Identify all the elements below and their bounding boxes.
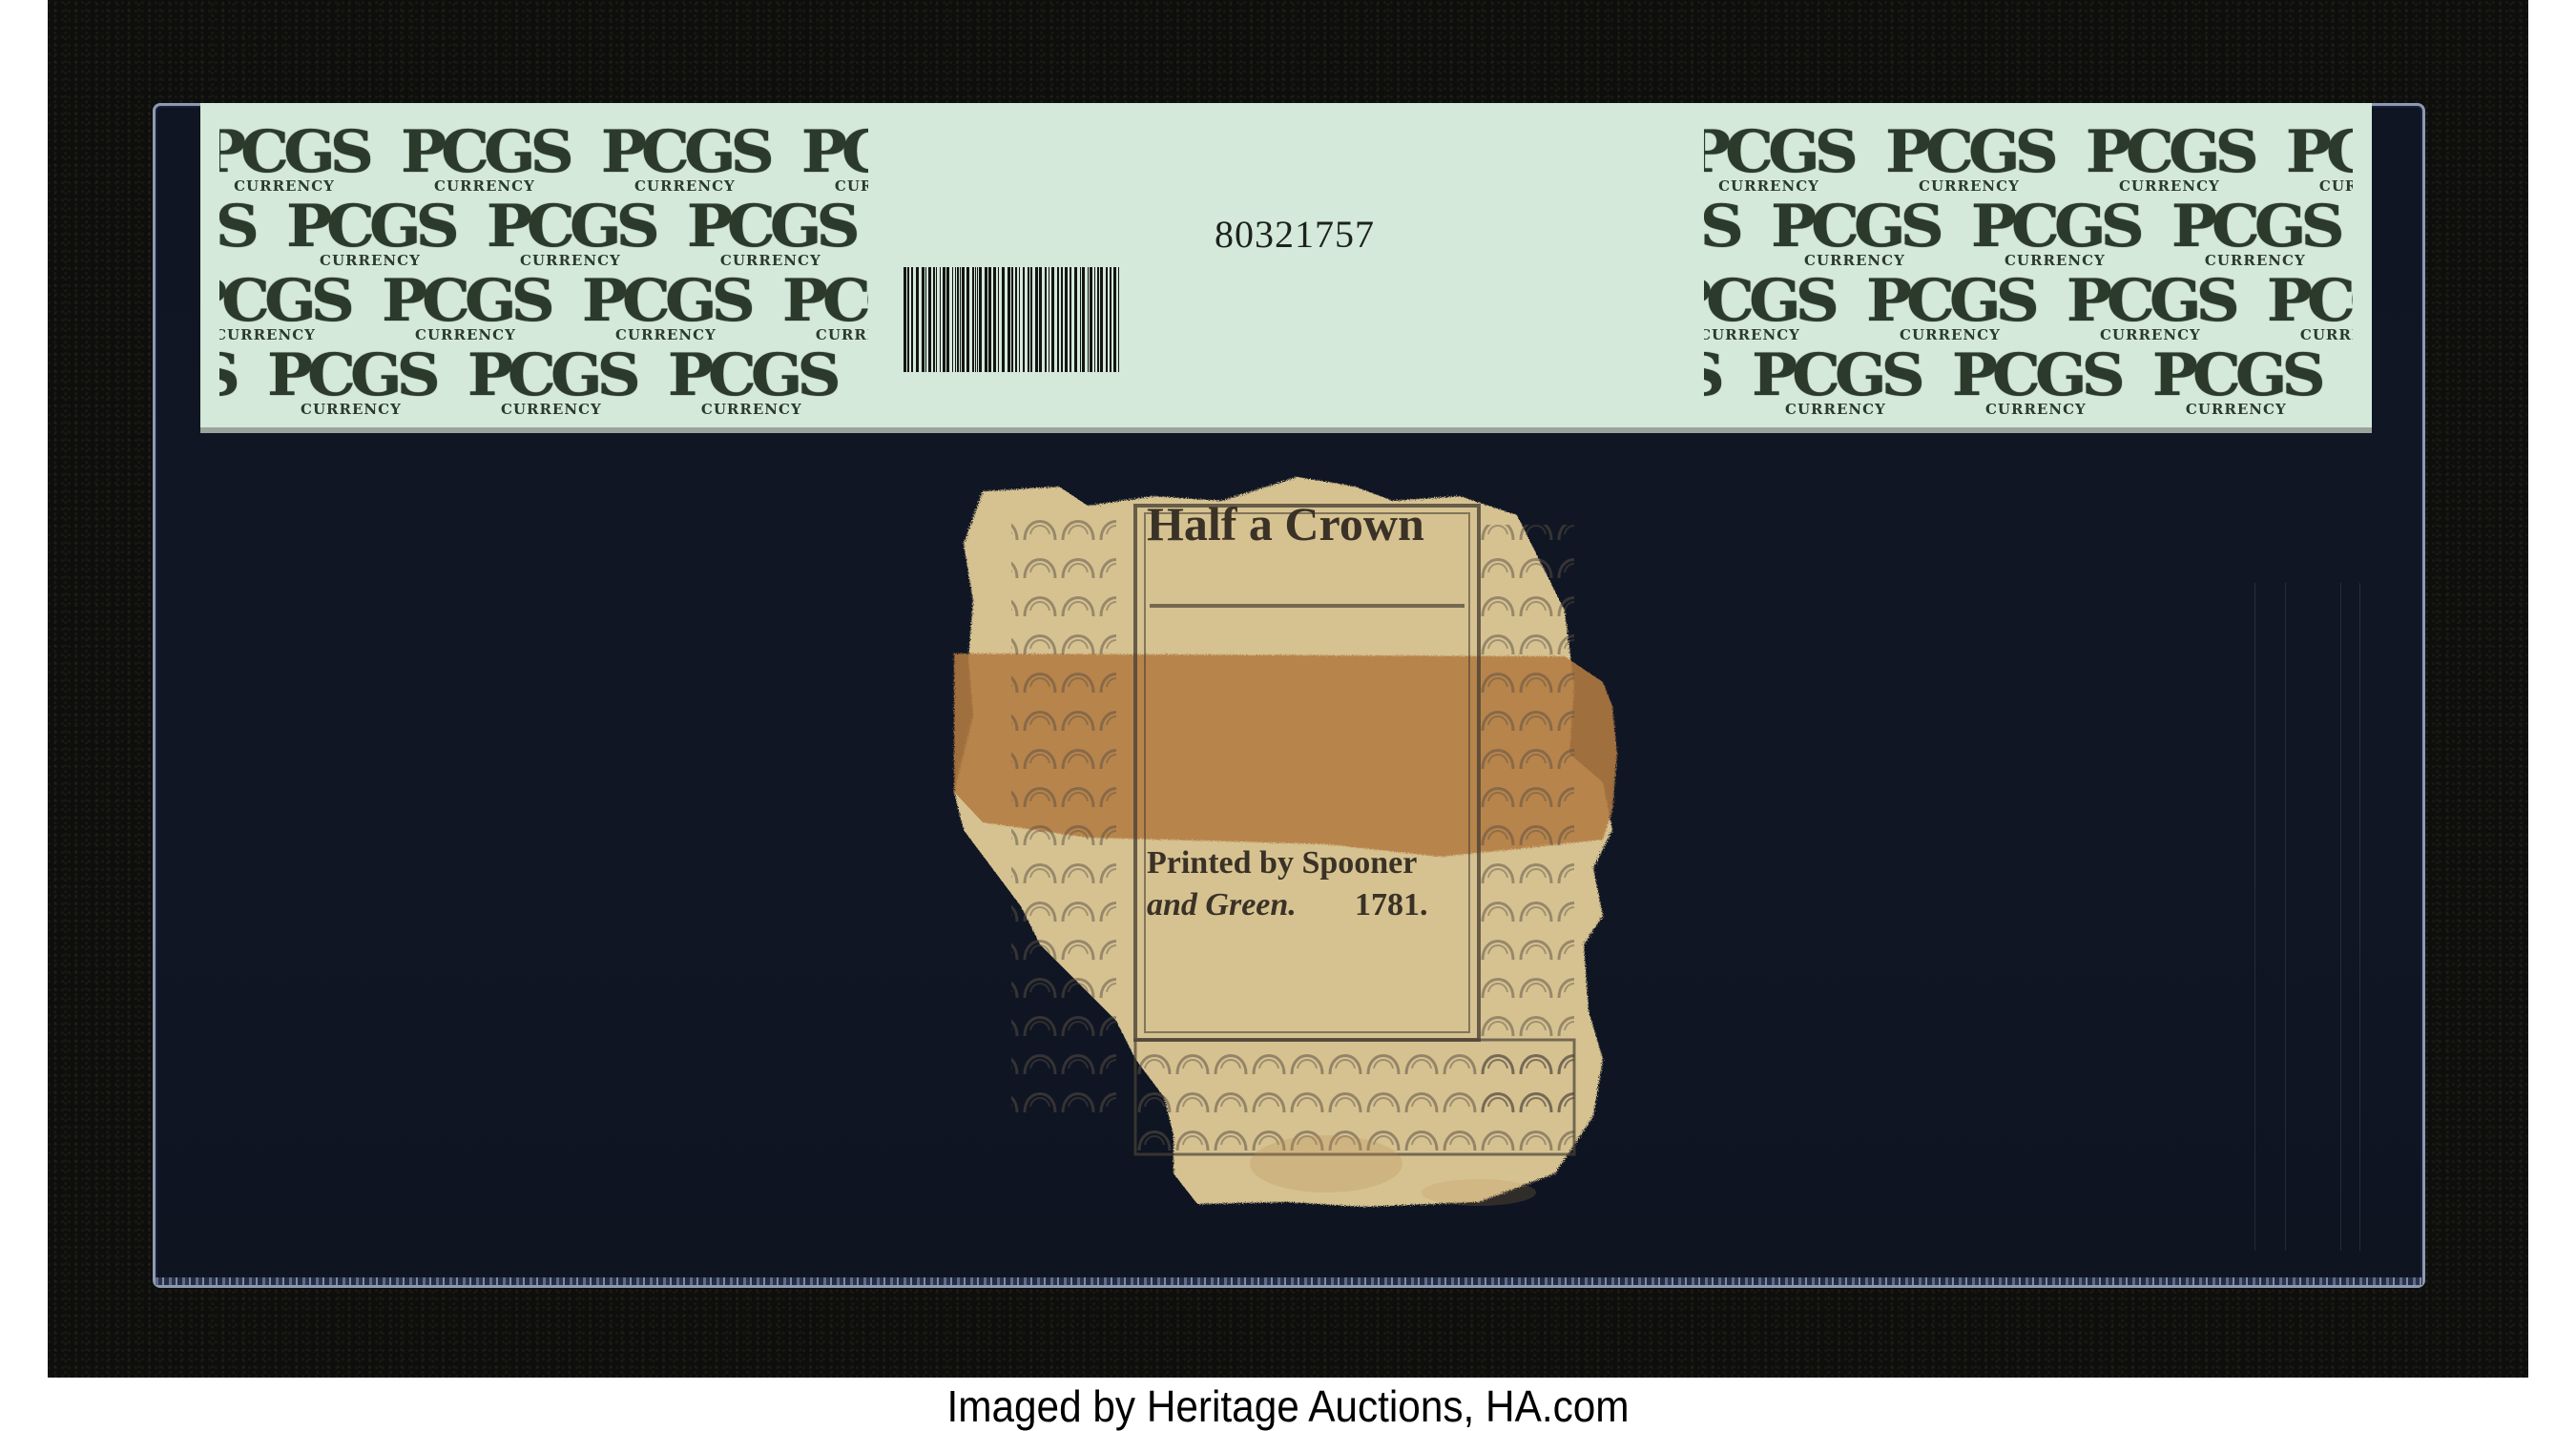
pcgs-logo: PCGSCURRENCY — [2152, 345, 2320, 417]
pcgs-logo: PCGSCURRENCY — [2086, 122, 2254, 194]
image-credit-caption: Imaged by Heritage Auctions, HA.com — [103, 1381, 2473, 1431]
pcgs-logo: PCGSCURRENCY — [2286, 122, 2353, 194]
holder-scratch — [2254, 583, 2255, 1251]
pcgs-logo: PCGSCURRENCY — [1952, 345, 2120, 417]
holder-bottom-edge — [156, 1277, 2422, 1285]
pcgs-logo: PCGSCURRENCY — [401, 122, 569, 194]
pcgs-logo: PCGSCURRENCY — [687, 197, 855, 268]
pcgs-logo: PCGSCURRENCY — [1971, 197, 2139, 268]
pcgs-logo: PCGSCURRENCY — [219, 122, 368, 194]
pcgs-logo-row: PCGSCURRENCYPCGSCURRENCYPCGSCURRENCYPCGS… — [1704, 271, 2353, 342]
note-printer-line-1: Printed by Spooner — [1147, 845, 1417, 881]
note-printer-line-2: and Green. — [1147, 887, 1297, 923]
pcgs-logo: PCGSCURRENCY — [382, 271, 550, 342]
pcgs-logo: PCGSCURRENCY — [286, 197, 454, 268]
pcgs-logo: PCGSCURRENCY — [1704, 271, 1834, 342]
pcgs-logo: PCGSCURRENCY — [219, 197, 254, 268]
pcgs-logo: PCGSCURRENCY — [2067, 271, 2234, 342]
pcgs-logo-row: PCGSCURRENCYPCGSCURRENCYPCGSCURRENCYPCGS… — [1704, 122, 2353, 194]
pcgs-logo-row: PCGSCURRENCYPCGSCURRENCYPCGSCURRENCYPCGS… — [219, 122, 868, 194]
pcgs-logo-row: PCGSCURRENCYPCGSCURRENCYPCGSCURRENCYPCGS… — [219, 345, 868, 417]
pcgs-logo: PCGSCURRENCY — [1704, 122, 1853, 194]
pcgs-logo: PCGSCURRENCY — [601, 122, 769, 194]
certification-number: 80321757 — [1104, 212, 1485, 257]
pcgs-logo: PCGSCURRENCY — [1866, 271, 2034, 342]
pcgs-logo: PCGSCURRENCY — [582, 271, 750, 342]
pcgs-logo: PCGSCURRENCY — [219, 271, 349, 342]
pcgs-logo: PCGSCURRENCY — [1704, 197, 1738, 268]
pcgs-logo: PCGSCURRENCY — [1704, 345, 1719, 417]
pcgs-logo-row: PCGSCURRENCYPCGSCURRENCYPCGSCURRENCYPCGS… — [219, 197, 868, 268]
pcgs-logo: PCGSCURRENCY — [782, 271, 868, 342]
pcgs-logo: PCGSCURRENCY — [467, 345, 635, 417]
pcgs-logo: PCGSCURRENCY — [487, 197, 654, 268]
currency-note: Half a Crown Printed by Spooner and Gree… — [945, 467, 1631, 1212]
pcgs-logo: PCGSCURRENCY — [668, 345, 836, 417]
pcgs-logo: PCGSCURRENCY — [219, 345, 235, 417]
pcgs-logo: PCGSCURRENCY — [801, 122, 868, 194]
pcgs-logo-row: PCGSCURRENCYPCGSCURRENCYPCGSCURRENCYPCGS… — [219, 271, 868, 342]
note-year: 1781. — [1355, 887, 1428, 923]
barcode — [904, 267, 1295, 372]
pcgs-logo: PCGSCURRENCY — [2267, 271, 2353, 342]
note-denomination: Half a Crown — [1147, 496, 1424, 551]
pcgs-logo-pattern-right: PCGSCURRENCYPCGSCURRENCYPCGSCURRENCYPCGS… — [1704, 114, 2353, 420]
pcgs-logo: PCGSCURRENCY — [1752, 345, 1920, 417]
pcgs-logo-row: PCGSCURRENCYPCGSCURRENCYPCGSCURRENCYPCGS… — [1704, 345, 2353, 417]
note-paper-shape — [945, 467, 1631, 1212]
pcgs-logo: PCGSCURRENCY — [1885, 122, 2053, 194]
holder-scratch — [2340, 583, 2341, 1251]
holder-scratch — [2285, 583, 2286, 1251]
pcgs-logo: PCGSCURRENCY — [267, 345, 435, 417]
pcgs-logo: PCGSCURRENCY — [2171, 197, 2339, 268]
pcgs-logo-row: PCGSCURRENCYPCGSCURRENCYPCGSCURRENCYPCGS… — [1704, 197, 2353, 268]
holder-scratch — [2359, 583, 2360, 1251]
pcgs-logo-pattern-left: PCGSCURRENCYPCGSCURRENCYPCGSCURRENCYPCGS… — [219, 114, 868, 420]
pcgs-logo: PCGSCURRENCY — [1771, 197, 1939, 268]
